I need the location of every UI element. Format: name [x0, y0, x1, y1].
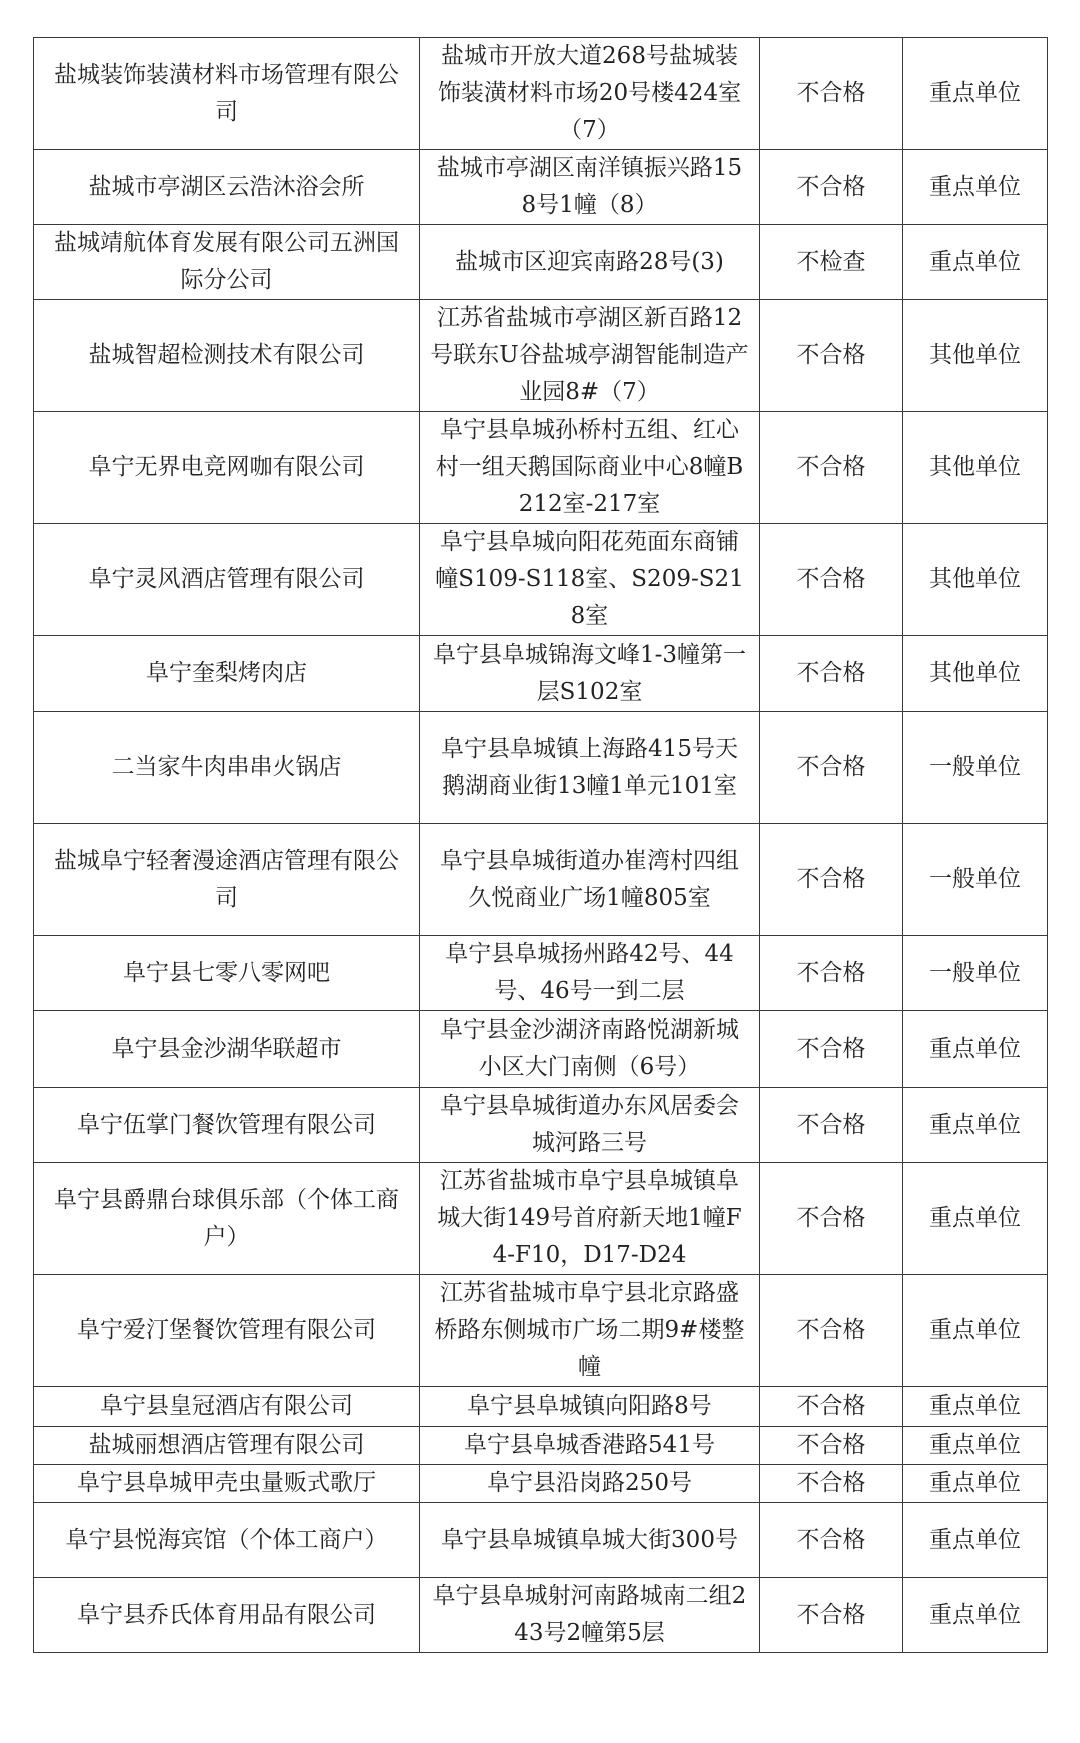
- unit-name-cell: 阜宁县皇冠酒店有限公司: [34, 1387, 420, 1427]
- inspection-result-cell: 不合格: [760, 150, 903, 225]
- inspection-result-cell: 不合格: [760, 300, 903, 412]
- unit-category-cell: 重点单位: [903, 1088, 1048, 1163]
- table-row: 盐城装饰装潢材料市场管理有限公司 盐城市开放大道268号盐城装饰装潢材料市场20…: [34, 38, 1048, 150]
- unit-category-cell: 重点单位: [903, 1578, 1048, 1653]
- inspection-result-cell: 不合格: [760, 412, 903, 524]
- address-cell: 盐城市开放大道268号盐城装饰装潢材料市场20号楼424室（7）: [420, 38, 760, 150]
- address-cell: 阜宁县阜城扬州路42号、44号、46号一到二层: [420, 936, 760, 1011]
- unit-category-cell: 重点单位: [903, 1387, 1048, 1427]
- table-row: 阜宁无界电竞网咖有限公司 阜宁县阜城孙桥村五组、红心村一组天鹅国际商业中心8幢B…: [34, 412, 1048, 524]
- unit-category-cell: 重点单位: [903, 1427, 1048, 1465]
- table-row: 盐城智超检测技术有限公司 江苏省盐城市亭湖区新百路12号联东U谷盐城亭湖智能制造…: [34, 300, 1048, 412]
- unit-name-cell: 阜宁灵风酒店管理有限公司: [34, 524, 420, 636]
- unit-category-cell: 重点单位: [903, 1503, 1048, 1578]
- unit-category-cell: 重点单位: [903, 38, 1048, 150]
- address-cell: 阜宁县阜城向阳花苑面东商铺幢S109-S118室、S209-S218室: [420, 524, 760, 636]
- address-cell: 阜宁县阜城街道办东风居委会城河路三号: [420, 1088, 760, 1163]
- unit-name-cell: 阜宁无界电竞网咖有限公司: [34, 412, 420, 524]
- address-cell: 阜宁县阜城孙桥村五组、红心村一组天鹅国际商业中心8幢B212室-217室: [420, 412, 760, 524]
- unit-name-cell: 阜宁县阜城甲壳虫量贩式歌厅: [34, 1465, 420, 1503]
- table-row: 阜宁县阜城甲壳虫量贩式歌厅 阜宁县沿岗路250号 不合格 重点单位: [34, 1465, 1048, 1503]
- inspection-result-cell: 不合格: [760, 936, 903, 1011]
- address-cell: 阜宁县阜城镇上海路415号天鹅湖商业街13幢1单元101室: [420, 712, 760, 824]
- unit-category-cell: 重点单位: [903, 1011, 1048, 1088]
- inspection-result-cell: 不合格: [760, 824, 903, 936]
- unit-category-cell: 一般单位: [903, 824, 1048, 936]
- inspection-result-cell: 不合格: [760, 1088, 903, 1163]
- table-row: 阜宁奎梨烤肉店 阜宁县阜城锦海文峰1-3幢第一层S102室 不合格 其他单位: [34, 636, 1048, 712]
- unit-name-cell: 盐城丽想酒店管理有限公司: [34, 1427, 420, 1465]
- unit-name-cell: 盐城装饰装潢材料市场管理有限公司: [34, 38, 420, 150]
- unit-category-cell: 其他单位: [903, 636, 1048, 712]
- address-cell: 阜宁县沿岗路250号: [420, 1465, 760, 1503]
- unit-name-cell: 阜宁爱汀堡餐饮管理有限公司: [34, 1275, 420, 1387]
- inspection-result-cell: 不合格: [760, 1578, 903, 1653]
- inspection-result-cell: 不合格: [760, 1465, 903, 1503]
- table-row: 阜宁县悦海宾馆（个体工商户） 阜宁县阜城镇阜城大街300号 不合格 重点单位: [34, 1503, 1048, 1578]
- unit-name-cell: 盐城靖航体育发展有限公司五洲国际分公司: [34, 225, 420, 300]
- address-cell: 江苏省盐城市阜宁县阜城镇阜城大街149号首府新天地1幢F4-F10，D17-D2…: [420, 1163, 760, 1275]
- unit-name-cell: 阜宁县金沙湖华联超市: [34, 1011, 420, 1088]
- unit-name-cell: 盐城阜宁轻奢漫途酒店管理有限公司: [34, 824, 420, 936]
- unit-name-cell: 阜宁县乔氏体育用品有限公司: [34, 1578, 420, 1653]
- table-row: 盐城靖航体育发展有限公司五洲国际分公司 盐城市区迎宾南路28号(3) 不检查 重…: [34, 225, 1048, 300]
- table-row: 阜宁县金沙湖华联超市 阜宁县金沙湖济南路悦湖新城小区大门南侧（6号） 不合格 重…: [34, 1011, 1048, 1088]
- table-row: 阜宁县乔氏体育用品有限公司 阜宁县阜城射河南路城南二组243号2幢第5层 不合格…: [34, 1578, 1048, 1653]
- inspection-result-cell: 不合格: [760, 636, 903, 712]
- unit-category-cell: 一般单位: [903, 712, 1048, 824]
- unit-name-cell: 阜宁县爵鼎台球俱乐部（个体工商户）: [34, 1163, 420, 1275]
- unit-category-cell: 一般单位: [903, 936, 1048, 1011]
- inspection-result-cell: 不合格: [760, 524, 903, 636]
- inspection-result-cell: 不合格: [760, 1011, 903, 1088]
- address-cell: 阜宁县阜城锦海文峰1-3幢第一层S102室: [420, 636, 760, 712]
- inspection-results-table: 盐城装饰装潢材料市场管理有限公司 盐城市开放大道268号盐城装饰装潢材料市场20…: [33, 37, 1048, 1653]
- unit-category-cell: 重点单位: [903, 150, 1048, 225]
- address-cell: 阜宁县阜城射河南路城南二组243号2幢第5层: [420, 1578, 760, 1653]
- inspection-result-cell: 不检查: [760, 225, 903, 300]
- unit-category-cell: 重点单位: [903, 225, 1048, 300]
- table-row: 阜宁伍掌门餐饮管理有限公司 阜宁县阜城街道办东风居委会城河路三号 不合格 重点单…: [34, 1088, 1048, 1163]
- inspection-result-cell: 不合格: [760, 1387, 903, 1427]
- unit-category-cell: 重点单位: [903, 1163, 1048, 1275]
- table-row: 二当家牛肉串串火锅店 阜宁县阜城镇上海路415号天鹅湖商业街13幢1单元101室…: [34, 712, 1048, 824]
- unit-category-cell: 重点单位: [903, 1275, 1048, 1387]
- address-cell: 阜宁县阜城镇阜城大街300号: [420, 1503, 760, 1578]
- address-cell: 江苏省盐城市阜宁县北京路盛桥路东侧城市广场二期9#楼整幢: [420, 1275, 760, 1387]
- inspection-result-cell: 不合格: [760, 1275, 903, 1387]
- address-cell: 阜宁县阜城街道办崔湾村四组久悦商业广场1幢805室: [420, 824, 760, 936]
- address-cell: 江苏省盐城市亭湖区新百路12号联东U谷盐城亭湖智能制造产业园8#（7）: [420, 300, 760, 412]
- table-row: 阜宁灵风酒店管理有限公司 阜宁县阜城向阳花苑面东商铺幢S109-S118室、S2…: [34, 524, 1048, 636]
- table-row: 阜宁县皇冠酒店有限公司 阜宁县阜城镇向阳路8号 不合格 重点单位: [34, 1387, 1048, 1427]
- table-body: 盐城装饰装潢材料市场管理有限公司 盐城市开放大道268号盐城装饰装潢材料市场20…: [34, 38, 1048, 1653]
- address-cell: 盐城市区迎宾南路28号(3): [420, 225, 760, 300]
- table-row: 盐城阜宁轻奢漫途酒店管理有限公司 阜宁县阜城街道办崔湾村四组久悦商业广场1幢80…: [34, 824, 1048, 936]
- unit-category-cell: 其他单位: [903, 412, 1048, 524]
- table-row: 盐城丽想酒店管理有限公司 阜宁县阜城香港路541号 不合格 重点单位: [34, 1427, 1048, 1465]
- unit-name-cell: 二当家牛肉串串火锅店: [34, 712, 420, 824]
- unit-name-cell: 盐城市亭湖区云浩沐浴会所: [34, 150, 420, 225]
- address-cell: 阜宁县金沙湖济南路悦湖新城小区大门南侧（6号）: [420, 1011, 760, 1088]
- unit-name-cell: 盐城智超检测技术有限公司: [34, 300, 420, 412]
- inspection-result-cell: 不合格: [760, 712, 903, 824]
- inspection-result-cell: 不合格: [760, 1503, 903, 1578]
- inspection-result-cell: 不合格: [760, 38, 903, 150]
- unit-name-cell: 阜宁县七零八零网吧: [34, 936, 420, 1011]
- unit-name-cell: 阜宁伍掌门餐饮管理有限公司: [34, 1088, 420, 1163]
- table-row: 阜宁爱汀堡餐饮管理有限公司 江苏省盐城市阜宁县北京路盛桥路东侧城市广场二期9#楼…: [34, 1275, 1048, 1387]
- address-cell: 阜宁县阜城镇向阳路8号: [420, 1387, 760, 1427]
- unit-category-cell: 其他单位: [903, 300, 1048, 412]
- inspection-result-cell: 不合格: [760, 1163, 903, 1275]
- table-row: 阜宁县爵鼎台球俱乐部（个体工商户） 江苏省盐城市阜宁县阜城镇阜城大街149号首府…: [34, 1163, 1048, 1275]
- table-row: 盐城市亭湖区云浩沐浴会所 盐城市亭湖区南洋镇振兴路158号1幢（8） 不合格 重…: [34, 150, 1048, 225]
- unit-name-cell: 阜宁县悦海宾馆（个体工商户）: [34, 1503, 420, 1578]
- unit-category-cell: 重点单位: [903, 1465, 1048, 1503]
- address-cell: 盐城市亭湖区南洋镇振兴路158号1幢（8）: [420, 150, 760, 225]
- table-row: 阜宁县七零八零网吧 阜宁县阜城扬州路42号、44号、46号一到二层 不合格 一般…: [34, 936, 1048, 1011]
- unit-name-cell: 阜宁奎梨烤肉店: [34, 636, 420, 712]
- unit-category-cell: 其他单位: [903, 524, 1048, 636]
- inspection-result-cell: 不合格: [760, 1427, 903, 1465]
- address-cell: 阜宁县阜城香港路541号: [420, 1427, 760, 1465]
